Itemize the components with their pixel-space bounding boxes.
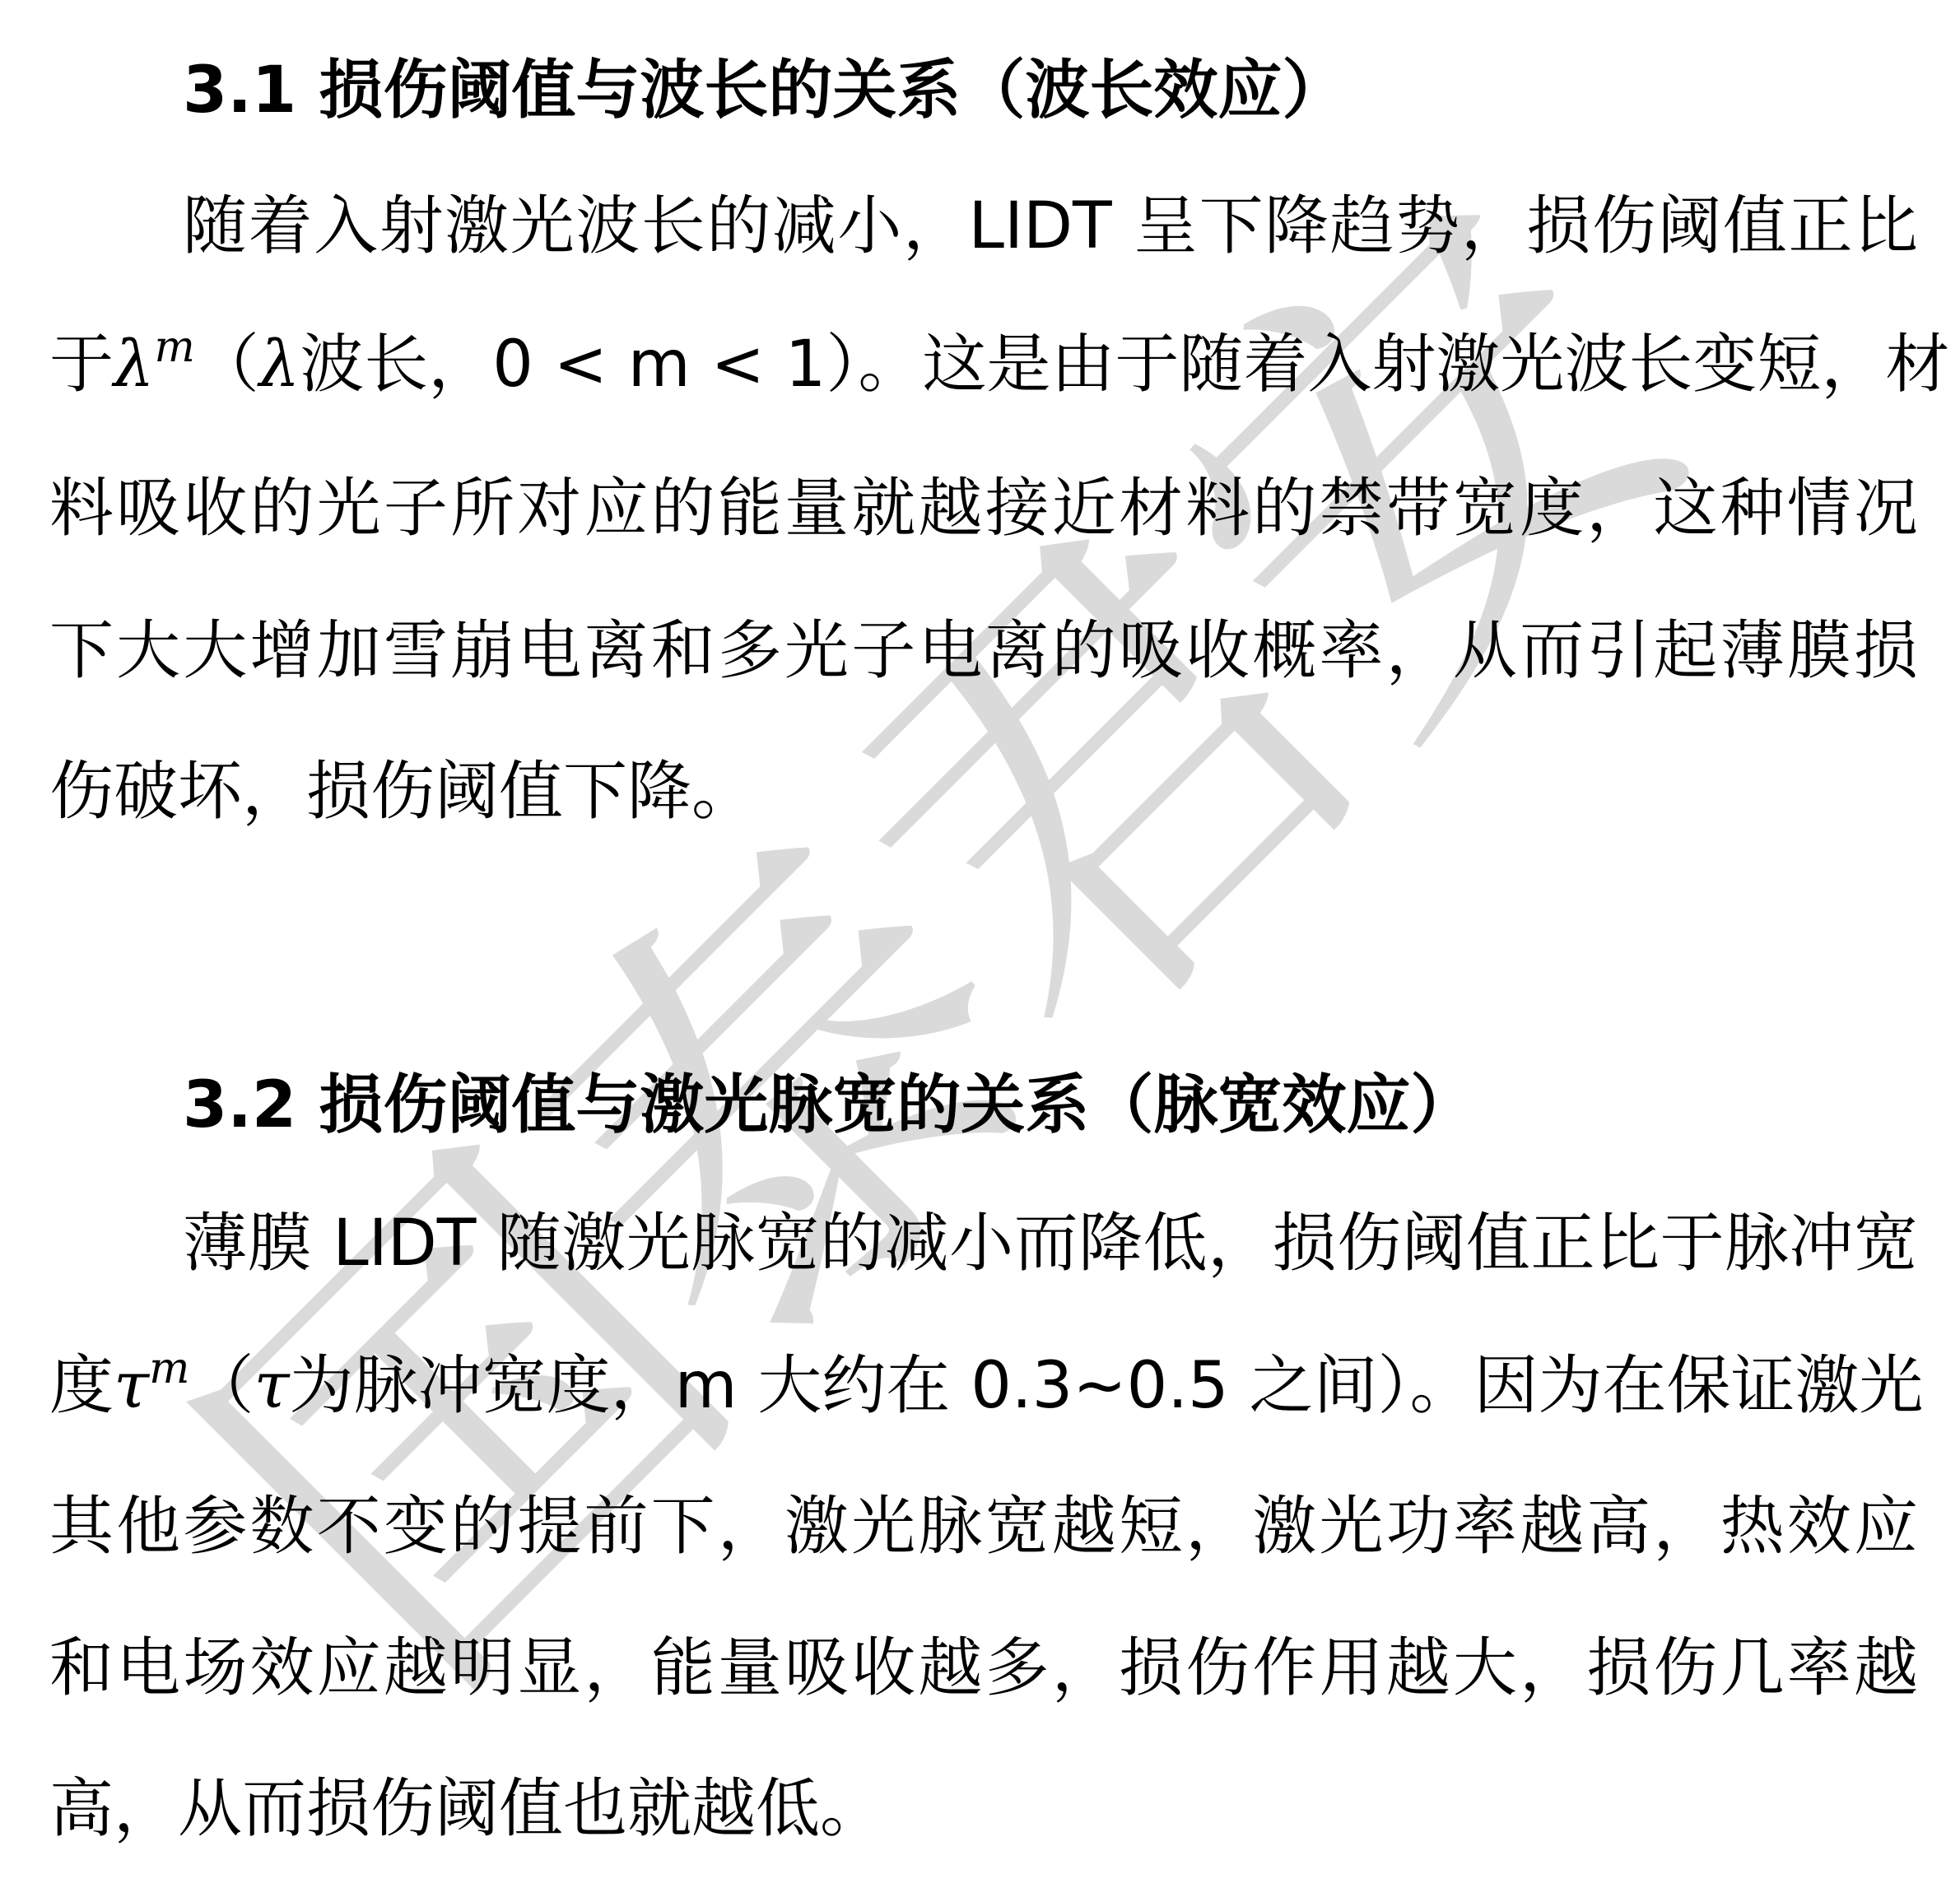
lambda-symbol: λ <box>259 328 300 402</box>
text-prefix: 于 <box>49 328 114 402</box>
paragraph-line: 和电场效应越明显，能量吸收越多，损伤作用越大，损伤几率越 <box>49 1627 1918 1709</box>
paragraph-line-formula: 度τm（τ 为脉冲宽度，m 大约在 0.3~0.5 之间）。因为在保证激光 <box>49 1345 1918 1427</box>
text-segment: 于λm（λ <box>49 323 300 406</box>
paragraph-line: 下大大增加雪崩电离和多光子电离的吸收概率，从而引起薄膜损 <box>49 610 1918 692</box>
text-segment: 度τm（τ <box>49 1345 290 1427</box>
exponent-m: m <box>154 323 194 372</box>
section-heading-3-1: 3.1 损伤阈值与波长的关系（波长效应） <box>183 49 1346 132</box>
paragraph-line: 薄膜 LIDT 随激光脉宽的减小而降低，损伤阈值正比于脉冲宽 <box>183 1202 1918 1285</box>
text-segment-rest: 为脉冲宽度，m 大约在 0.3~0.5 之间）。因为在保证激光 <box>290 1345 1924 1427</box>
lambda-symbol: λ <box>114 328 154 402</box>
paragraph-line-formula: 于λm（λ 波长，0 < m < 1）。这是由于随着入射激光波长变短，材 <box>49 323 1918 406</box>
tau-symbol: τ <box>254 1349 290 1423</box>
paragraph-line: 伤破坏，损伤阈值下降。 <box>49 751 756 833</box>
open-paren: （ <box>189 1349 254 1423</box>
exponent-m: m <box>149 1344 189 1393</box>
text-prefix: 度 <box>49 1349 114 1423</box>
paragraph-line: 随着入射激光波长的减小，LIDT 呈下降趋势，损伤阈值正比 <box>183 185 1918 267</box>
text-segment-rest: 波长，0 < m < 1）。这是由于随着入射激光波长变短，材 <box>300 323 1949 406</box>
section-heading-3-2: 3.2 损伤阈值与激光脉宽的关系（脉宽效应） <box>183 1064 1474 1146</box>
paragraph-line: 料吸收的光子所对应的能量就越接近材料的禁带宽度，这种情况 <box>49 467 1918 550</box>
paragraph-line: 高，从而损伤阈值也就越低。 <box>49 1768 884 1850</box>
open-paren: （ <box>195 328 259 402</box>
tau-symbol: τ <box>114 1349 149 1423</box>
paragraph-line: 其他参数不变的提前下，激光脉宽越短，激光功率越高，热效应 <box>49 1486 1918 1568</box>
